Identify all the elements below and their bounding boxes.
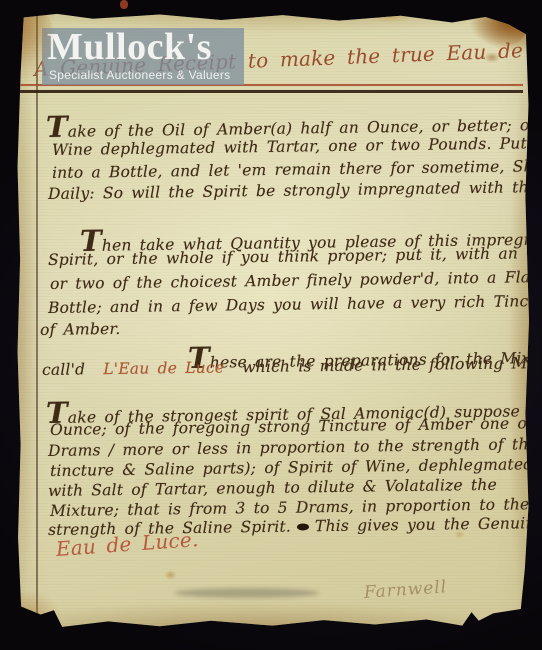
manuscript-line: or two of the choicest Amber finely powd… (50, 268, 542, 294)
foxing-stain (368, 10, 412, 23)
manuscript-line: of Amber. (40, 320, 121, 340)
ink-blot (297, 523, 309, 530)
signature: Farnwell (363, 578, 447, 602)
auction-photo: { "watermark": { "name": "Mullock's", "t… (0, 0, 542, 650)
manuscript-text: This gives you the Genuine (315, 514, 542, 535)
photo-stage: A Genuine Receipt to make the true Eau d… (0, 0, 542, 650)
manuscript-paper: A Genuine Receipt to make the true Eau d… (16, 12, 529, 630)
manuscript-line: call'd L'Eau de Luce which is made in th… (42, 354, 542, 380)
pencil-smudge (174, 588, 319, 598)
ink-speck (120, 0, 128, 9)
manuscript-text: call'd (42, 360, 85, 379)
head-rule-dark (20, 90, 523, 93)
red-ink-title: L'Eau de Luce (103, 358, 224, 378)
foxing-stain (164, 570, 177, 580)
manuscript-text: which is made in the following Manner. (242, 354, 542, 377)
margin-rule (36, 12, 38, 630)
manuscript-line: Bottle; and in a few Days you will have … (48, 292, 542, 318)
watermark-box: Mullock's Specialist Auctioneers & Value… (42, 28, 244, 85)
auction-house-tagline: Specialist Auctioneers & Valuers (49, 69, 230, 82)
auction-house-logo: Mullock's (47, 24, 212, 70)
